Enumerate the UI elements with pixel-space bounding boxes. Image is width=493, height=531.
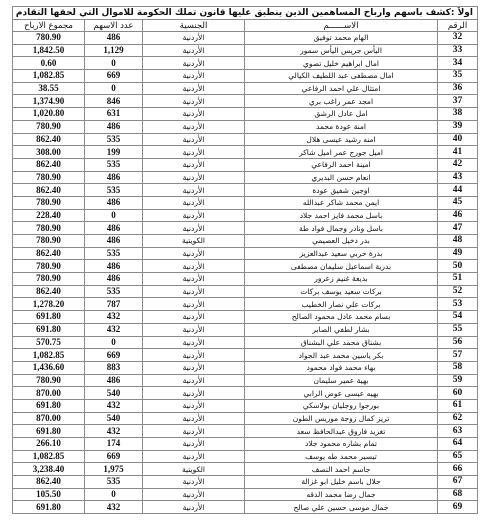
table-row: 51بديعة غنيم زعرورالأردنية486780.90 (13, 273, 478, 286)
row-profits: 780.90 (13, 171, 85, 184)
row-profits: 1,020.80 (13, 108, 85, 121)
row-shares: 669 (85, 70, 143, 83)
row-shares: 1,129 (85, 44, 143, 57)
table-row: 44اوجين شفيق عودةالأردنية535862.40 (13, 184, 478, 197)
row-shares: 432 (85, 425, 143, 438)
row-name: بورجوا روجليان بولاسكي (245, 399, 438, 412)
row-nationality: الأردنية (143, 349, 245, 362)
table-row: 65تيسير محمد طه يوسفالأردنية6691,082.85 (13, 450, 478, 463)
row-profits: 691.80 (13, 501, 85, 514)
row-nationality: الأردنية (143, 158, 245, 171)
table-row: 40امنه رشيد عيسى هلالالأردنية535862.40 (13, 133, 478, 146)
table-row: 68جمال رضا محمد الدقهالأردنية0105.50 (13, 488, 478, 501)
row-shares: 669 (85, 349, 143, 362)
row-nationality: الأردنية (143, 374, 245, 387)
row-number: 58 (438, 361, 478, 374)
row-nationality: الأردنية (143, 184, 245, 197)
row-number: 65 (438, 450, 478, 463)
row-name: بدرية اسماعيل سليمان مصطفى (245, 260, 438, 273)
row-number: 63 (438, 425, 478, 438)
row-shares: 631 (85, 108, 143, 121)
row-profits: 780.90 (13, 273, 85, 286)
row-nationality: الأردنية (143, 260, 245, 273)
row-name: بشار لطفي الصابر (245, 323, 438, 336)
table-row: 63تغريد فاروق عبدالحافظ سعدالأردنية43269… (13, 425, 478, 438)
table-row: 61بورجوا روجليان بولاسكيالأردنية432691.8… (13, 399, 478, 412)
row-profits: 780.90 (13, 32, 85, 45)
row-shares: 669 (85, 450, 143, 463)
row-nationality: الأردنية (143, 501, 245, 514)
table-row: 49بدرة حربي سعيد عبدالعزيزالأردنية535862… (13, 247, 478, 260)
row-name: انعام حسن البديري (245, 171, 438, 184)
row-name: بهيه عيسى عوض الرابي (245, 387, 438, 400)
row-number: 59 (438, 374, 478, 387)
row-shares: 535 (85, 184, 143, 197)
row-shares: 535 (85, 133, 143, 146)
row-profits: 870.00 (13, 387, 85, 400)
row-name: اميل جورج عمر اميل شاكر (245, 146, 438, 159)
row-profits: 862.40 (13, 158, 85, 171)
row-name: امنة عودة محمد (245, 120, 438, 133)
row-nationality: الأردنية (143, 323, 245, 336)
row-name: تغريد فاروق عبدالحافظ سعد (245, 425, 438, 438)
row-nationality: الأردنية (143, 476, 245, 489)
row-number: 51 (438, 273, 478, 286)
row-nationality: الأردنية (143, 222, 245, 235)
row-profits: 570.75 (13, 336, 85, 349)
table-row: 50بدرية اسماعيل سليمان مصطفىالأردنية4867… (13, 260, 478, 273)
row-number: 35 (438, 70, 478, 83)
table-row: 60بهيه عيسى عوض الرابيالأردنية540870.00 (13, 387, 478, 400)
row-number: 57 (438, 349, 478, 362)
row-name: بدرة حربي سعيد عبدالعزيز (245, 247, 438, 260)
row-number: 34 (438, 57, 478, 70)
row-profits: 308.00 (13, 146, 85, 159)
row-profits: 862.40 (13, 247, 85, 260)
row-name: تريز كمال زوجة موريس الطون (245, 412, 438, 425)
row-number: 41 (438, 146, 478, 159)
row-shares: 432 (85, 311, 143, 324)
table-row: 53بركات علي نصار الخطيبالأردنية7871,278.… (13, 298, 478, 311)
row-name: جاسم احمد النصف (245, 463, 438, 476)
row-nationality: الأردنية (143, 412, 245, 425)
table-row: 33اليأس جريس اليأس سمورالأردنية1,1291,84… (13, 44, 478, 57)
row-number: 53 (438, 298, 478, 311)
row-profits: 780.90 (13, 235, 85, 248)
row-number: 36 (438, 82, 478, 95)
table-row: 69جمال موسى حسين علي صالحالأردنية432691.… (13, 501, 478, 514)
row-name: بركات سعيد يوسف بركات (245, 285, 438, 298)
row-shares: 0 (85, 209, 143, 222)
row-profits: 1,842.50 (13, 44, 85, 57)
row-shares: 174 (85, 438, 143, 451)
table-row: 35امال مصطفى عبد اللطيف الكياليالأردنية6… (13, 70, 478, 83)
row-number: 37 (438, 95, 478, 108)
row-name: بكر ياسين محمد عبد الجواد (245, 349, 438, 362)
row-shares: 535 (85, 285, 143, 298)
row-name: بديعة غنيم زعرور (245, 273, 438, 286)
row-number: 62 (438, 412, 478, 425)
table-row: 41اميل جورج عمر اميل شاكرالأردنية199308.… (13, 146, 478, 159)
row-nationality: الأردنية (143, 450, 245, 463)
row-shares: 535 (85, 247, 143, 260)
row-name: بهاء محمد فواد محمود (245, 361, 438, 374)
row-nationality: الأردنية (143, 146, 245, 159)
row-shares: 486 (85, 374, 143, 387)
table-row: 57بكر ياسين محمد عبد الجوادالأردنية6691,… (13, 349, 478, 362)
row-shares: 486 (85, 222, 143, 235)
row-profits: 870.00 (13, 412, 85, 425)
row-name: بركات علي نصار الخطيب (245, 298, 438, 311)
row-number: 52 (438, 285, 478, 298)
row-profits: 1,436.60 (13, 361, 85, 374)
row-number: 56 (438, 336, 478, 349)
table-row: 45ايمن محمد شاكر عبداللهالأردنية486780.9… (13, 196, 478, 209)
row-name: اوجين شفيق عودة (245, 184, 438, 197)
row-shares: 432 (85, 323, 143, 336)
row-number: 48 (438, 235, 478, 248)
row-profits: 862.40 (13, 133, 85, 146)
row-name: امنه رشيد عيسى هلال (245, 133, 438, 146)
row-nationality: الأردنية (143, 171, 245, 184)
table-row: 58بهاء محمد فواد محمودالأردنية8831,436.6… (13, 361, 478, 374)
row-shares: 535 (85, 158, 143, 171)
row-shares: 486 (85, 32, 143, 45)
row-nationality: الأردنية (143, 311, 245, 324)
row-number: 55 (438, 323, 478, 336)
row-profits: 1,082.85 (13, 450, 85, 463)
table-body: 32الهام محمد توفيقالأردنية486780.9033الي… (13, 32, 478, 514)
row-shares: 199 (85, 146, 143, 159)
row-shares: 432 (85, 399, 143, 412)
row-nationality: الأردنية (143, 273, 245, 286)
row-number: 38 (438, 108, 478, 121)
table-row: 56بشناق محمد علي البشناقالأردنية0570.75 (13, 336, 478, 349)
row-number: 40 (438, 133, 478, 146)
row-nationality: الأردنية (143, 133, 245, 146)
row-number: 67 (438, 476, 478, 489)
row-nationality: الأردنية (143, 209, 245, 222)
row-shares: 0 (85, 488, 143, 501)
table-row: 37امجد عمر راغب بريالأردنية8461,374.90 (13, 95, 478, 108)
header-nationality: الجنسية (143, 20, 245, 32)
row-number: 69 (438, 501, 478, 514)
row-name: باسل ونادر وجمال فواد طة (245, 222, 438, 235)
row-name: تيسير محمد طه يوسف (245, 450, 438, 463)
table-row: 38امل عادل الرشقالأردنية6311,020.80 (13, 108, 478, 121)
row-profits: 0.60 (13, 57, 85, 70)
row-profits: 1,082.85 (13, 349, 85, 362)
row-number: 33 (438, 44, 478, 57)
row-profits: 780.90 (13, 374, 85, 387)
row-nationality: الأردنية (143, 336, 245, 349)
row-name: جمال رضا محمد الدقه (245, 488, 438, 501)
row-profits: 780.90 (13, 120, 85, 133)
row-nationality: الأردنية (143, 57, 245, 70)
row-name: تمام بشاره محمود جلاد (245, 438, 438, 451)
row-shares: 540 (85, 387, 143, 400)
row-shares: 486 (85, 171, 143, 184)
row-nationality: الأردنية (143, 425, 245, 438)
row-profits: 780.90 (13, 222, 85, 235)
row-name: امال مصطفى عبد اللطيف الكيالي (245, 70, 438, 83)
row-shares: 787 (85, 298, 143, 311)
table-row: 55بشار لطفي الصابرالأردنية432691.80 (13, 323, 478, 336)
table-row: 42امينة احمد الرفاعيالأردنية535862.40 (13, 158, 478, 171)
row-number: 43 (438, 171, 478, 184)
row-number: 44 (438, 184, 478, 197)
row-nationality: الأردنية (143, 44, 245, 57)
row-name: بهية عمير سليمان (245, 374, 438, 387)
row-number: 60 (438, 387, 478, 400)
row-shares: 486 (85, 120, 143, 133)
table-row: 36امتثال علي احمد الرفاعيالأردنية038.55 (13, 82, 478, 95)
row-profits: 691.80 (13, 323, 85, 336)
row-number: 54 (438, 311, 478, 324)
row-profits: 691.80 (13, 425, 85, 438)
row-nationality: الأردنية (143, 95, 245, 108)
table-row: 43انعام حسن البديريالأردنية486780.90 (13, 171, 478, 184)
row-nationality: الأردنية (143, 387, 245, 400)
row-profits: 691.80 (13, 311, 85, 324)
row-nationality: الأردنية (143, 120, 245, 133)
shareholders-document: اولاً :كشف باسهم وارباح المساهمين الذين … (12, 6, 477, 514)
row-nationality: الأردنية (143, 196, 245, 209)
header-shares: عدد الاسهم (85, 20, 143, 32)
row-name: بشناق محمد علي البشناق (245, 336, 438, 349)
row-number: 50 (438, 260, 478, 273)
row-name: بسام محمد عادل محمود الصالح (245, 311, 438, 324)
table-row: 52بركات سعيد يوسف بركاتالأردنية535862.40 (13, 285, 478, 298)
row-number: 47 (438, 222, 478, 235)
row-name: جلال باسم خليل ابو غزالة (245, 476, 438, 489)
row-nationality: الأردنية (143, 298, 245, 311)
table-title-row: اولاً :كشف باسهم وارباح المساهمين الذين … (13, 7, 478, 20)
row-name: امجد عمر راغب بري (245, 95, 438, 108)
row-shares: 540 (85, 412, 143, 425)
table-row: 47باسل ونادر وجمال فواد طةالأردنية486780… (13, 222, 478, 235)
shareholders-table: اولاً :كشف باسهم وارباح المساهمين الذين … (12, 6, 478, 514)
row-shares: 535 (85, 476, 143, 489)
row-name: امال ابراهيم خليل تصوي (245, 57, 438, 70)
row-number: 64 (438, 438, 478, 451)
table-row: 46باسل محمد فايز احمد جلادالأردنية0228.4… (13, 209, 478, 222)
row-shares: 1,975 (85, 463, 143, 476)
row-profits: 862.40 (13, 285, 85, 298)
table-title: اولاً :كشف باسهم وارباح المساهمين الذين … (13, 7, 478, 20)
row-shares: 432 (85, 501, 143, 514)
row-nationality: الأردنية (143, 32, 245, 45)
row-shares: 883 (85, 361, 143, 374)
row-shares: 486 (85, 235, 143, 248)
row-number: 39 (438, 120, 478, 133)
row-nationality: الأردنية (143, 247, 245, 260)
row-nationality: الأردنية (143, 82, 245, 95)
row-shares: 486 (85, 273, 143, 286)
row-nationality: الأردنية (143, 108, 245, 121)
row-name: امل عادل الرشق (245, 108, 438, 121)
table-row: 39امنة عودة محمدالأردنية486780.90 (13, 120, 478, 133)
row-name: جمال موسى حسين علي صالح (245, 501, 438, 514)
row-number: 66 (438, 463, 478, 476)
row-name: الهام محمد توفيق (245, 32, 438, 45)
row-profits: 3,238.40 (13, 463, 85, 476)
table-row: 67جلال باسم خليل ابو غزالةالأردنية535862… (13, 476, 478, 489)
row-nationality: الأردنية (143, 488, 245, 501)
table-row: 32الهام محمد توفيقالأردنية486780.90 (13, 32, 478, 45)
row-nationality: الأردنية (143, 70, 245, 83)
row-profits: 38.55 (13, 82, 85, 95)
header-name: الاســــــم (245, 20, 438, 32)
table-row: 66جاسم احمد النصفالكويتية1,9753,238.40 (13, 463, 478, 476)
table-header-row: الرقم الاســــــم الجنسية عدد الاسهم مجم… (13, 20, 478, 32)
table-row: 54بسام محمد عادل محمود الصالحالأردنية432… (13, 311, 478, 324)
table-row: 62تريز كمال زوجة موريس الطونالأردنية5408… (13, 412, 478, 425)
row-nationality: الكويتية (143, 235, 245, 248)
row-shares: 0 (85, 82, 143, 95)
row-profits: 1,374.90 (13, 95, 85, 108)
row-name: بدر دخيل العصيمي (245, 235, 438, 248)
table-row: 48بدر دخيل العصيميالكويتية486780.90 (13, 235, 478, 248)
row-shares: 0 (85, 57, 143, 70)
row-number: 42 (438, 158, 478, 171)
row-nationality: الأردنية (143, 399, 245, 412)
row-profits: 862.40 (13, 476, 85, 489)
row-number: 49 (438, 247, 478, 260)
row-nationality: الأردنية (143, 361, 245, 374)
row-nationality: الكويتية (143, 463, 245, 476)
table-row: 34امال ابراهيم خليل تصويالأردنية00.60 (13, 57, 478, 70)
row-profits: 1,082.85 (13, 70, 85, 83)
row-shares: 0 (85, 336, 143, 349)
row-profits: 862.40 (13, 184, 85, 197)
row-shares: 486 (85, 260, 143, 273)
row-nationality: الأردنية (143, 285, 245, 298)
row-number: 61 (438, 399, 478, 412)
row-shares: 846 (85, 95, 143, 108)
row-number: 68 (438, 488, 478, 501)
row-number: 46 (438, 209, 478, 222)
row-nationality: الأردنية (143, 438, 245, 451)
header-profits: مجموع الارباح (13, 20, 85, 32)
row-name: ايمن محمد شاكر عبدالله (245, 196, 438, 209)
row-profits: 105.50 (13, 488, 85, 501)
table-row: 64تمام بشاره محمود جلادالأردنية174266.10 (13, 438, 478, 451)
row-profits: 780.90 (13, 196, 85, 209)
row-name: اليأس جريس اليأس سمور (245, 44, 438, 57)
row-number: 45 (438, 196, 478, 209)
row-profits: 780.90 (13, 260, 85, 273)
row-profits: 228.40 (13, 209, 85, 222)
row-name: امينة احمد الرفاعي (245, 158, 438, 171)
header-number: الرقم (438, 20, 478, 32)
row-shares: 486 (85, 196, 143, 209)
row-profits: 691.80 (13, 399, 85, 412)
row-number: 32 (438, 32, 478, 45)
table-row: 59بهية عمير سليمانالأردنية486780.90 (13, 374, 478, 387)
row-profits: 266.10 (13, 438, 85, 451)
row-profits: 1,278.20 (13, 298, 85, 311)
row-name: باسل محمد فايز احمد جلاد (245, 209, 438, 222)
row-name: امتثال علي احمد الرفاعي (245, 82, 438, 95)
